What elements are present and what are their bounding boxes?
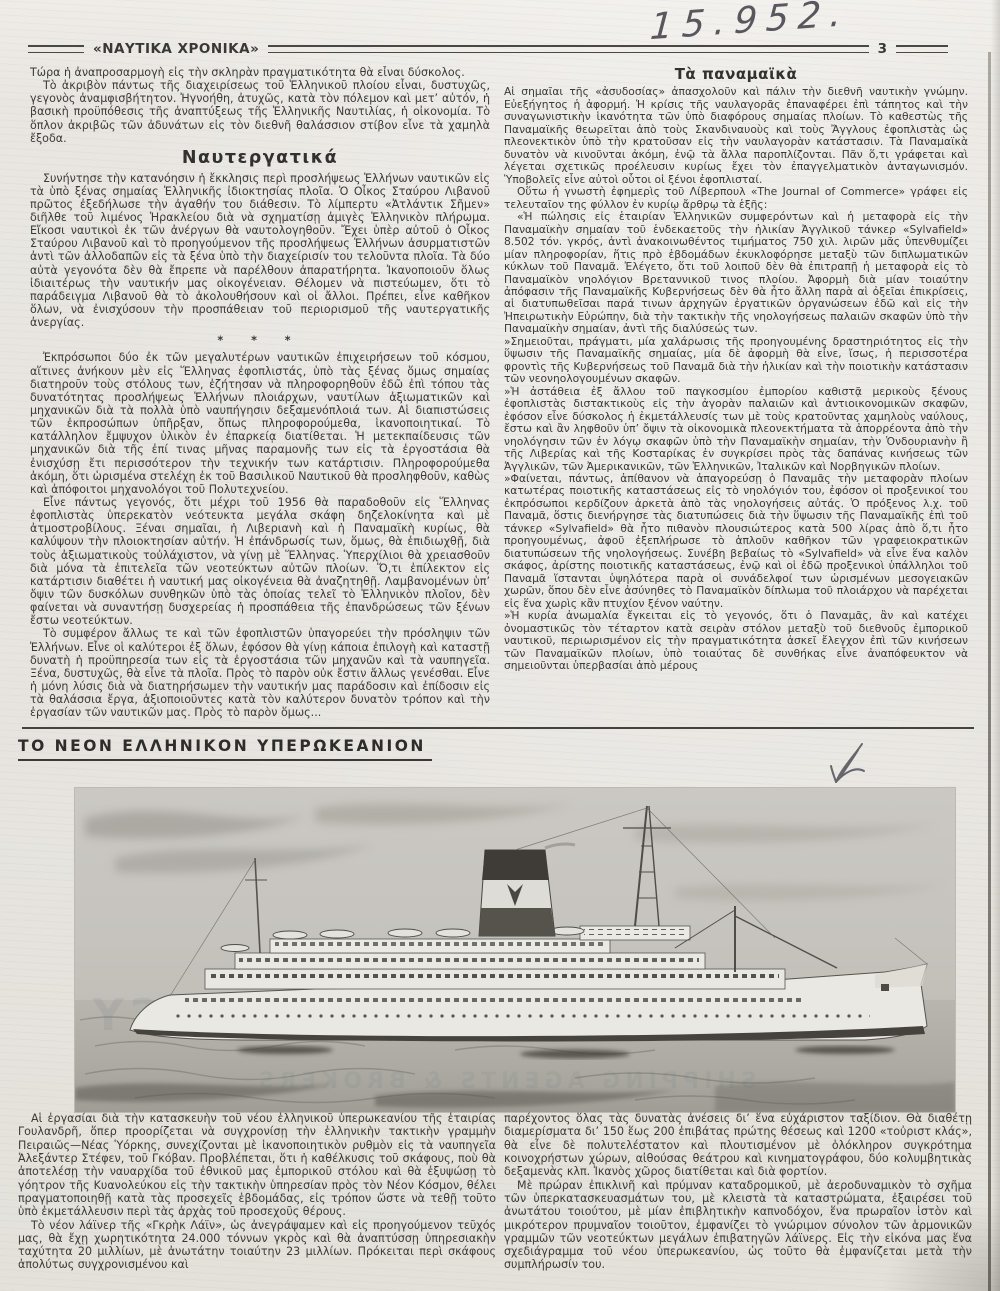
magazine-title: «ΝΑΥΤΙΚΑ ΧΡΟΝΙΚΑ»: [93, 41, 259, 57]
paragraph: Τὸ ἀκριβὸν πάντως τῆς διαχειρίσεως τοῦ Ἑ…: [30, 79, 490, 145]
pen-flourish-mark: [828, 740, 872, 788]
svg-text:SHIPPING AGENTS & BROKERS: SHIPPING AGENTS & BROKERS: [253, 1069, 756, 1094]
paragraph: Αἱ ἐργασίαι διὰ τὴν κατασκευὴν τοῦ νέου …: [18, 1112, 496, 1219]
paragraph: Αἱ σημαῖαι τῆς «ἀσυδοσίας» ἀπασχολοῦν κα…: [504, 86, 968, 186]
paragraph: Εἶνε πάντως γεγονός, ὅτι μέχρι τοῦ 1956 …: [30, 496, 490, 627]
hull-window-row: [185, 996, 805, 1004]
funnel-bottom-band: [479, 908, 555, 936]
double-rule-center: [268, 45, 868, 53]
funnel-top-band: [482, 850, 549, 880]
anchor-mark: [881, 984, 889, 991]
paragraph: Ἐκπρόσωποι δύο ἐκ τῶν μεγαλυτέρων ναυτικ…: [30, 351, 490, 496]
page-number: 3: [878, 41, 887, 57]
paragraph: παρέχοντος ὅλας τὰς δυνατὰς ἀνέσεις δι’ …: [504, 1112, 972, 1179]
paragraph: Οὕτω ἡ γνωστὴ ἐφημερὶς τοῦ Λίβερπουλ «Th…: [504, 186, 968, 211]
paragraph: »Ἡ κυρία ἀνωμαλία ἔγκειται εἰς τὸ γεγονό…: [504, 610, 968, 672]
deck-upper-windows: [275, 942, 603, 948]
bottom-right-column: παρέχοντος ὅλας τὰς δυνατὰς ἀνέσεις δι’ …: [504, 1112, 972, 1286]
paragraph: Τώρα ἡ ἀναπροσαρμογὴ εἰς τὴν σκληρὰν πρα…: [30, 66, 490, 79]
paragraph: «Ἡ πώλησις εἰς ἑταιρίαν Ἑλληνικῶν συμφερ…: [504, 211, 968, 336]
paragraph: »Σημειοῦται, πράγματι, μία χαλάρωσις τῆς…: [504, 336, 968, 386]
left-article-column: Τώρα ἡ ἀναπροσαρμογὴ εἰς τὴν σκληρὰν πρα…: [30, 66, 490, 724]
feature-section-heading: ΤΟ ΝΕΟΝ ΕΛΛΗΝΙΚΟΝ ΥΠΕΡΩΚΕΑΝΙΟΝ: [18, 737, 432, 761]
section-divider-rule: [22, 727, 974, 729]
ocean-liner-illustration: GENERAL SHIPPING AGENCY SHIPPING AGENTS …: [75, 788, 955, 1112]
right-article-column: Τὰ παναμαϊκὰΑἱ σημαῖαι τῆς «ἀσυδοσίας» ἀ…: [504, 66, 968, 726]
section-break-stars: * * *: [30, 334, 490, 347]
deck-mid-windows: [239, 956, 699, 963]
ocean-liner-photo: GENERAL SHIPPING AGENCY SHIPPING AGENTS …: [75, 788, 955, 1112]
article-heading: Ναυτεργατικά: [30, 148, 490, 169]
double-rule-right: [896, 45, 948, 53]
paragraph: Μὲ πρώραν ἐπικλινῆ καὶ πρύμναν καταδρομι…: [504, 1179, 972, 1272]
bridge-windows: [584, 929, 684, 935]
paragraph: »Ἡ ἀστάθεια ἐξ ἄλλου τοῦ παγκοσμίου ἐμπο…: [504, 386, 968, 473]
deck-lower-windows: [207, 972, 779, 980]
masthead-row: «ΝΑΥΤΙΚΑ ΧΡΟΝΙΚΑ» 3: [28, 41, 948, 57]
paragraph: Τὸ νέον λάϊνερ τῆς «Γκρὴκ Λάϊν», ὡς ἀνεγ…: [18, 1219, 496, 1272]
paragraph: Συνήντησε τὴν κατανόησιν ἡ ἔκκλησις περὶ…: [30, 172, 490, 330]
double-rule-left: [28, 45, 84, 53]
paragraph: Τὸ συμφέρον ἄλλως τε καὶ τῶν ἐφοπλιστῶν …: [30, 627, 490, 719]
page-edge-soft-shadow: [991, 0, 1000, 1291]
paragraph: »Φαίνεται, πάντως, ἀπίθανον νὰ ἀπαγορεύσ…: [504, 473, 968, 610]
article-heading: Τὰ παναμαϊκὰ: [504, 66, 968, 83]
porthole-row: [170, 1010, 870, 1018]
bottom-left-column: Αἱ ἐργασίαι διὰ τὴν κατασκευὴν τοῦ νέου …: [18, 1112, 496, 1286]
scanned-magazine-page: { "scan": { "handwritten_number": "15.95…: [0, 0, 1000, 1291]
